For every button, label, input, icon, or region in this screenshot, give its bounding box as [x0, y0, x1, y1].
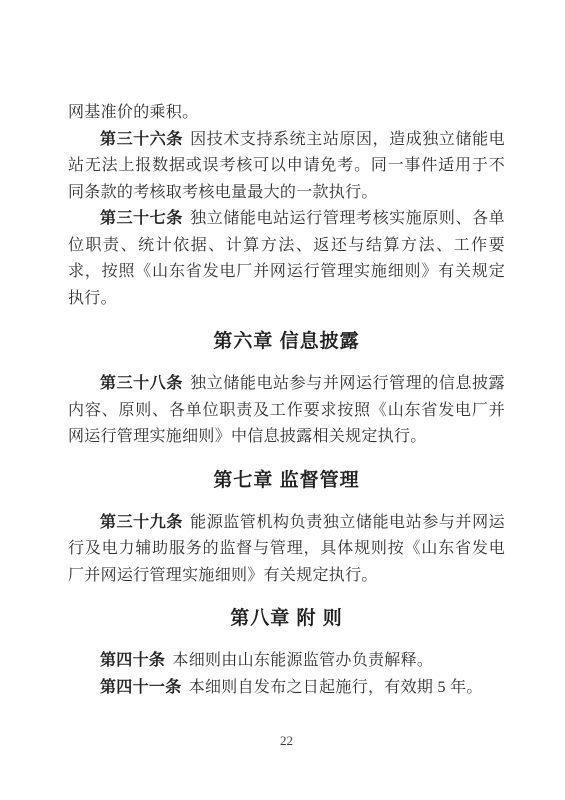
article-39: 第三十九条能源监管机构负责独立储能电站参与并网运行及电力辅助服务的监督与管理，具… — [68, 510, 505, 590]
article-41-text: 本细则自发布之日起施行，有效期 5 年。 — [189, 679, 483, 696]
article-37: 第三十七条独立储能电站运行管理考核实施原则、各单位职责、统计依据、计算方法、返还… — [68, 206, 505, 312]
page-content: 网基准价的乘积。 第三十六条因技术支持系统主站原因，造成独立储能电站无法上报数据… — [68, 100, 505, 701]
paragraph-text: 网基准价的乘积。 — [68, 104, 198, 121]
chapter-7-heading: 第七章 监督管理 — [68, 467, 505, 494]
paragraph-continuation: 网基准价的乘积。 — [68, 100, 505, 127]
article-38: 第三十八条独立储能电站参与并网运行管理的信息披露内容、原则、各单位职责及工作要求… — [68, 371, 505, 451]
article-38-number: 第三十八条 — [100, 375, 183, 392]
article-41: 第四十一条本细则自发布之日起施行，有效期 5 年。 — [68, 675, 505, 702]
article-36-number: 第三十六条 — [100, 131, 183, 148]
article-36: 第三十六条因技术支持系统主站原因，造成独立储能电站无法上报数据或误考核可以申请免… — [68, 127, 505, 207]
article-40: 第四十条本细则由山东能源监管办负责解释。 — [68, 648, 505, 675]
page-number: 22 — [68, 733, 505, 749]
article-40-text: 本细则由山东能源监管办负责解释。 — [172, 652, 433, 669]
article-41-number: 第四十一条 — [100, 679, 182, 696]
chapter-8-heading: 第八章 附 则 — [68, 605, 505, 632]
chapter-6-heading: 第六章 信息披露 — [68, 328, 505, 355]
article-39-number: 第三十九条 — [100, 514, 183, 531]
article-37-number: 第三十七条 — [100, 210, 183, 227]
document-page: 网基准价的乘积。 第三十六条因技术支持系统主站原因，造成独立储能电站无法上报数据… — [0, 0, 565, 800]
article-40-number: 第四十条 — [100, 652, 165, 669]
